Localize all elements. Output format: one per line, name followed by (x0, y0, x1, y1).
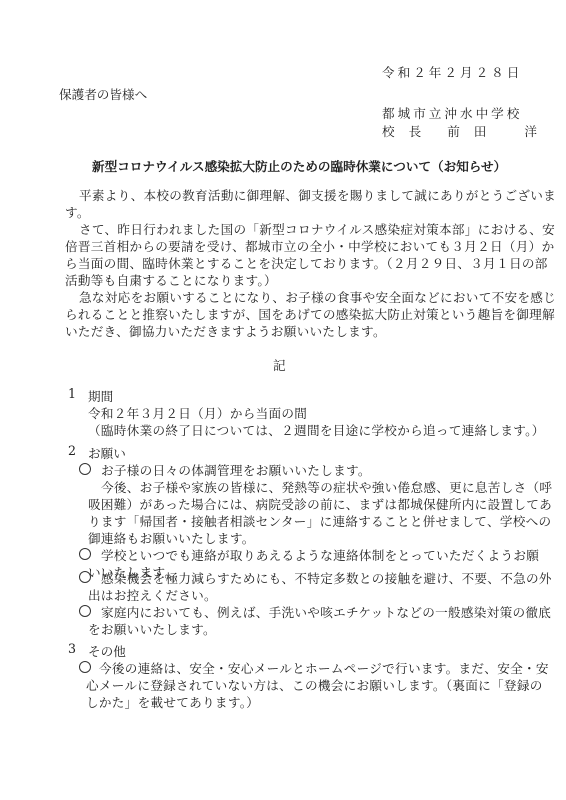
date: 令和２年２月２８日 (382, 62, 522, 81)
circle-bullet-icon (79, 571, 91, 583)
circle-bullet-icon (79, 605, 91, 617)
circle-bullet-icon (79, 548, 91, 560)
section-number: 3 (68, 641, 76, 656)
section-number: 1 (68, 386, 76, 401)
intro-line: 平素より、本校の教育活動に御理解、御支援を賜りまして誠にありがとうございま (79, 185, 556, 204)
circle-bullet-icon (79, 463, 91, 475)
sender-org: 都城市立沖水中学校 (382, 103, 522, 122)
sender-name: 校 長 前 田 洋 (382, 121, 539, 140)
item-line: しかた」を載せてあります。） (86, 692, 259, 711)
circle-bullet-icon (79, 661, 91, 673)
intro-line: いただき、御協力いただきますようお願いいたします。 (65, 321, 386, 340)
ki-marker: 記 (273, 355, 286, 374)
section-number: 2 (68, 443, 76, 458)
recipient: 保護者の皆様へ (59, 84, 147, 103)
section-line: （臨時休業の終了日については、２週間を目途に学校から追って連絡します。） (88, 420, 545, 439)
item-line: をお願いいたします。 (88, 619, 216, 638)
document-title: 新型コロナウイルス感染拡大防止のための臨時休業について（お知らせ） (92, 156, 506, 175)
